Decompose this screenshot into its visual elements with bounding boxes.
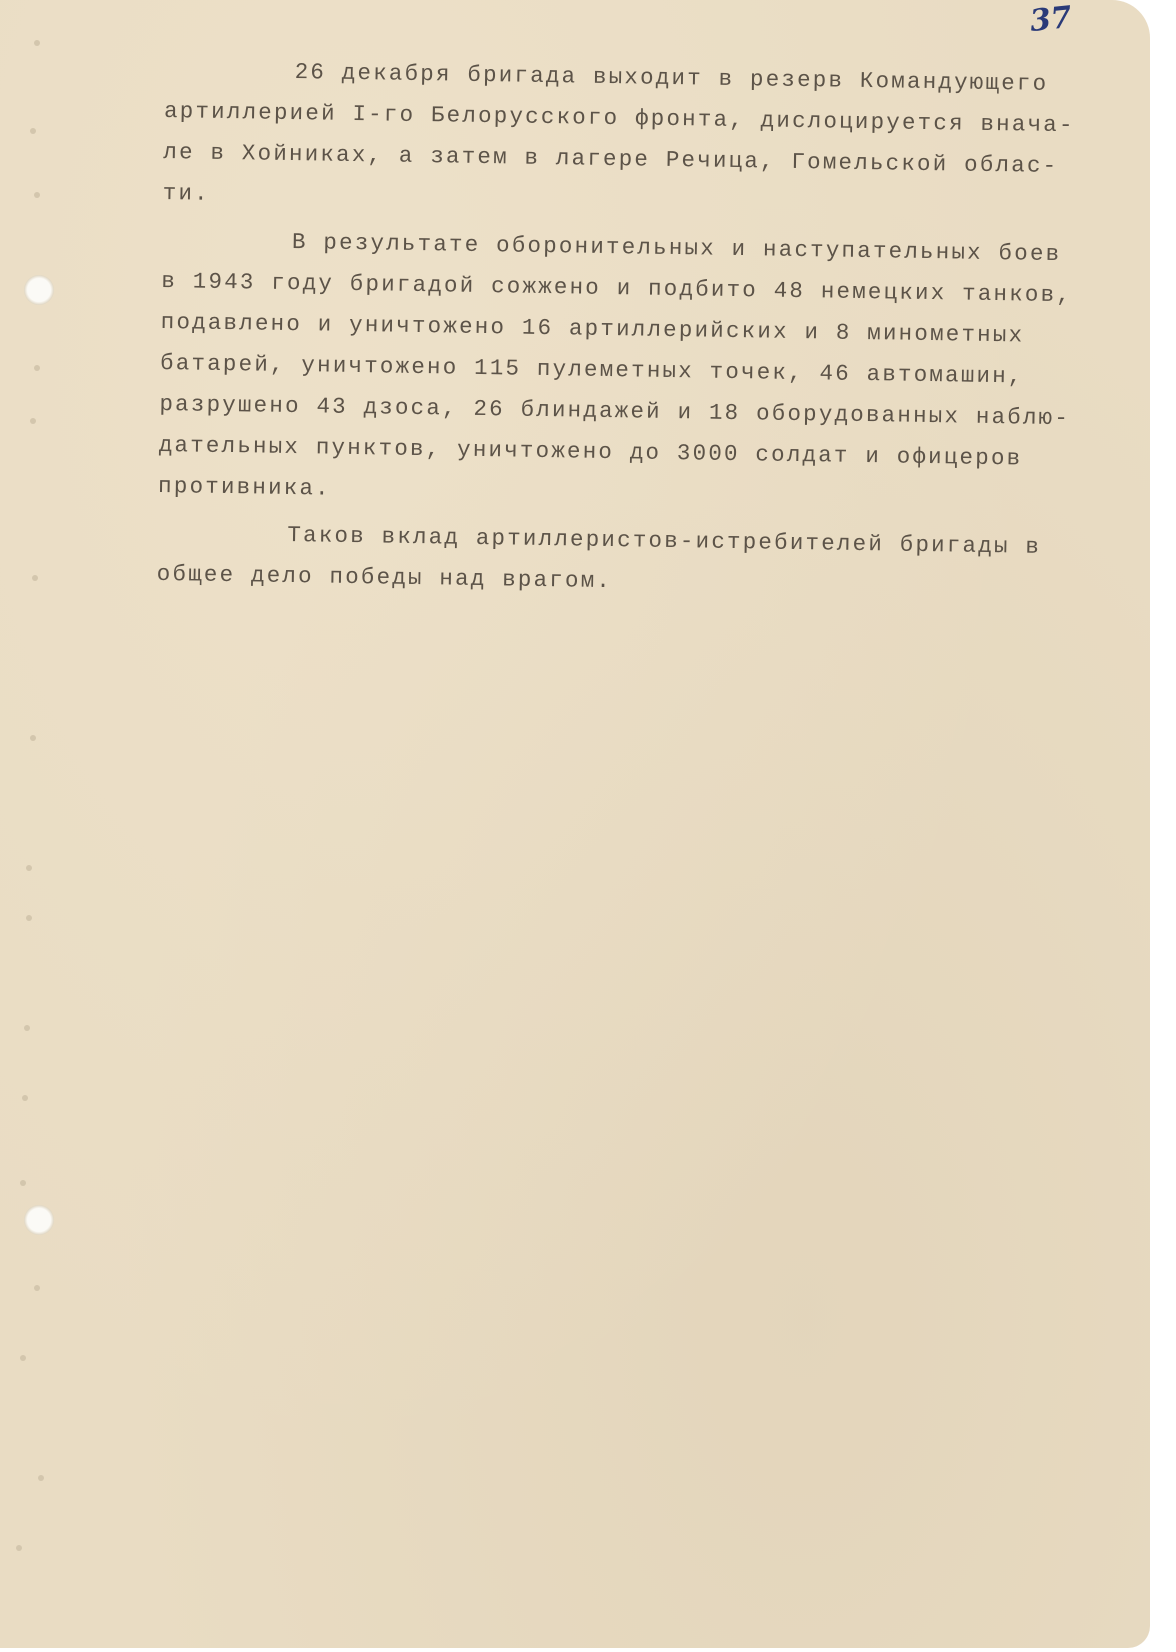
binding-mark xyxy=(34,40,40,46)
binding-mark xyxy=(34,365,40,371)
punch-hole xyxy=(24,1205,54,1235)
binding-mark xyxy=(30,735,36,741)
typewritten-text: 26 декабря бригада выходит в резерв Кома… xyxy=(156,50,1140,616)
binding-mark xyxy=(30,418,36,424)
binding-mark xyxy=(38,1475,44,1481)
binding-mark xyxy=(22,1095,28,1101)
binding-mark xyxy=(26,865,32,871)
binding-mark xyxy=(20,1355,26,1361)
punch-hole xyxy=(24,275,54,305)
binding-mark xyxy=(24,1025,30,1031)
binding-mark xyxy=(34,1285,40,1291)
document-page: 37 26 декабря бригада выходит в резерв К… xyxy=(0,0,1150,1648)
binding-mark xyxy=(30,128,36,134)
binding-mark xyxy=(20,1180,26,1186)
binding-mark xyxy=(34,192,40,198)
binding-mark xyxy=(26,915,32,921)
handwritten-page-number: 37 xyxy=(1029,0,1074,39)
binding-mark xyxy=(16,1545,22,1551)
paragraph-1943-results: В результате оборонительных и наступател… xyxy=(158,220,1137,522)
paragraph-conclusion: Таков вклад артиллеристов-истребителей б… xyxy=(156,513,1132,610)
paragraph-brigade-reserve: 26 декабря бригада выходит в резерв Кома… xyxy=(162,50,1139,229)
binding-mark xyxy=(32,575,38,581)
